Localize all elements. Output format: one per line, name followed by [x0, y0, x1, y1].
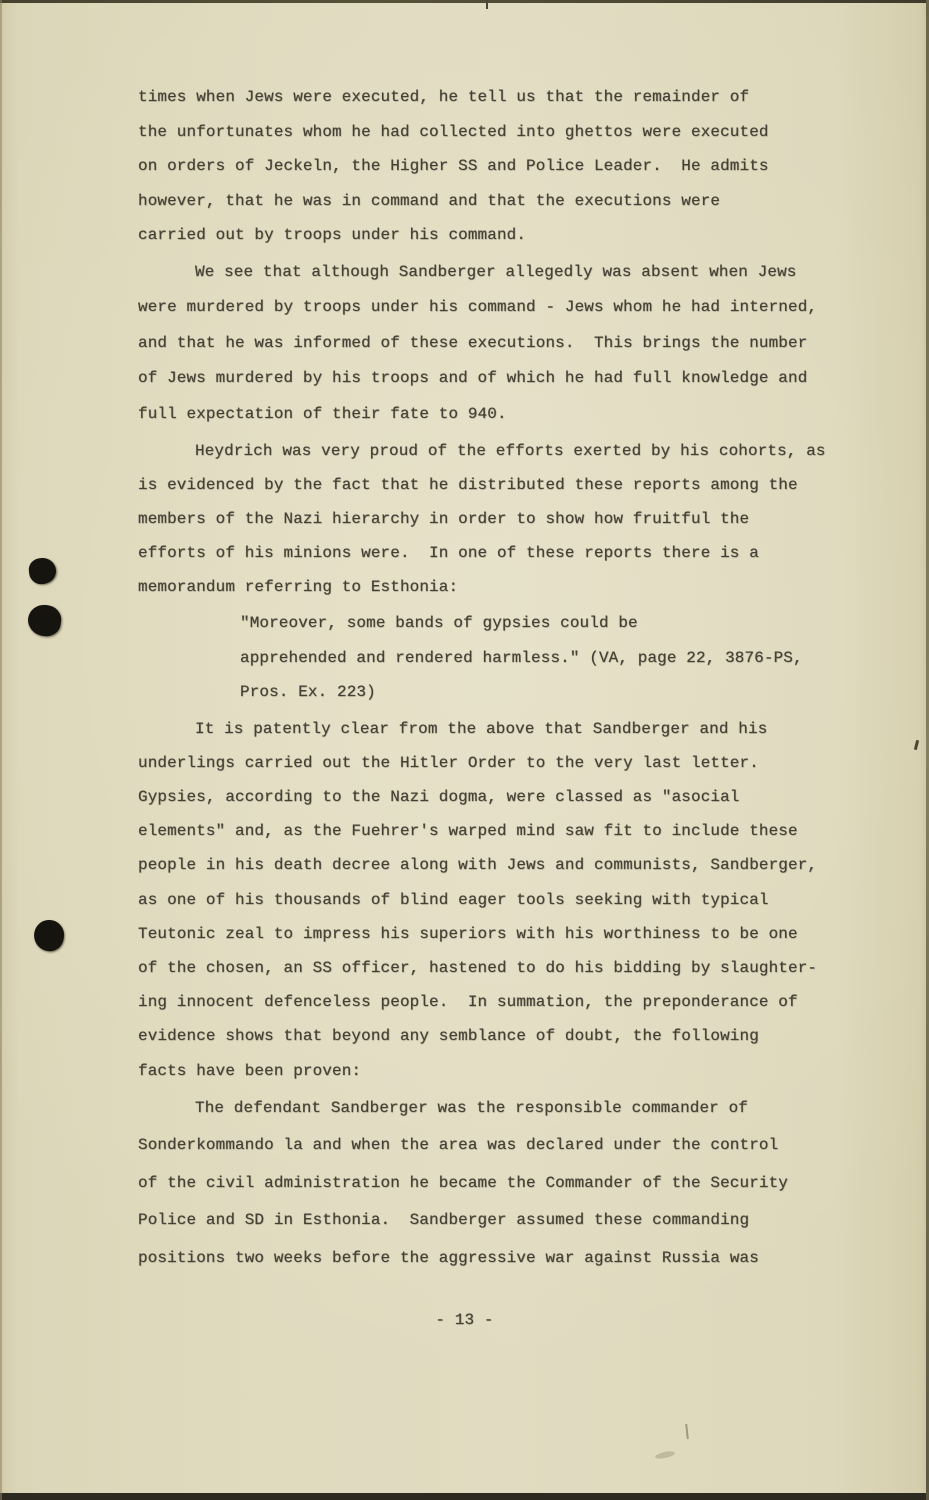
text-line: carried out by troops under his command.: [138, 218, 834, 253]
text-line: and that he was informed of these execut…: [138, 326, 834, 362]
stray-mark: [655, 1450, 676, 1460]
text-line: It is patently clear from the above that…: [138, 712, 834, 746]
text-line: Teutonic zeal to impress his superiors w…: [138, 917, 834, 951]
page-number: - 13 -: [0, 1303, 929, 1337]
text-line: times when Jews were executed, he tell u…: [138, 80, 834, 115]
paragraph-3: Heydrich was very proud of the efforts e…: [138, 434, 834, 604]
paragraph-2: We see that although Sandberger allegedl…: [138, 255, 834, 433]
text-line: Heydrich was very proud of the efforts e…: [138, 434, 834, 468]
paragraph-5: The defendant Sandberger was the respons…: [138, 1090, 834, 1278]
text-line: The defendant Sandberger was the respons…: [138, 1090, 834, 1128]
scan-edge-bottom: [0, 1493, 929, 1500]
text-line: is evidenced by the fact that he distrib…: [138, 468, 834, 502]
text-line: facts have been proven:: [138, 1054, 834, 1088]
text-line: positions two weeks before the aggressiv…: [138, 1240, 834, 1278]
text-line: full expectation of their fate to 940.: [138, 397, 834, 433]
text-line: ing innocent defenceless people. In summ…: [138, 985, 834, 1019]
scanned-document-page: times when Jews were executed, he tell u…: [0, 0, 929, 1500]
text-body: times when Jews were executed, he tell u…: [0, 0, 929, 1337]
text-line: underlings carried out the Hitler Order …: [138, 746, 834, 780]
text-line: We see that although Sandberger allegedl…: [138, 255, 834, 291]
scan-edge-top: [0, 0, 929, 3]
paragraph-4: It is patently clear from the above that…: [138, 712, 834, 1088]
scan-edge-left: [0, 0, 2, 1500]
text-line: Gypsies, according to the Nazi dogma, we…: [138, 780, 834, 814]
text-line: apprehended and rendered harmless." (VA,…: [240, 641, 834, 676]
stray-mark: [486, 0, 488, 9]
paragraph-1: times when Jews were executed, he tell u…: [138, 80, 834, 253]
text-line: were murdered by troops under his comman…: [138, 290, 834, 326]
text-line: members of the Nazi hierarchy in order t…: [138, 502, 834, 536]
text-line: of the chosen, an SS officer, hastened t…: [138, 951, 834, 985]
text-line: the unfortunates whom he had collected i…: [138, 115, 834, 150]
text-line: as one of his thousands of blind eager t…: [138, 883, 834, 917]
text-line: elements" and, as the Fuehrer's warped m…: [138, 814, 834, 848]
stray-mark: [685, 1424, 689, 1439]
text-line: on orders of Jeckeln, the Higher SS and …: [138, 149, 834, 184]
text-line: people in his death decree along with Je…: [138, 848, 834, 882]
text-line: efforts of his minions were. In one of t…: [138, 536, 834, 570]
text-line: Pros. Ex. 223): [240, 675, 834, 710]
text-line: evidence shows that beyond any semblance…: [138, 1019, 834, 1053]
text-line: Sonderkommando la and when the area was …: [138, 1127, 834, 1165]
text-line: "Moreover, some bands of gypsies could b…: [240, 606, 834, 641]
text-line: of Jews murdered by his troops and of wh…: [138, 361, 834, 397]
text-line: of the civil administration he became th…: [138, 1165, 834, 1203]
text-line: however, that he was in command and that…: [138, 184, 834, 219]
text-line: Police and SD in Esthonia. Sandberger as…: [138, 1202, 834, 1240]
text-line: memorandum referring to Esthonia:: [138, 570, 834, 604]
quote-block: "Moreover, some bands of gypsies could b…: [240, 606, 834, 710]
